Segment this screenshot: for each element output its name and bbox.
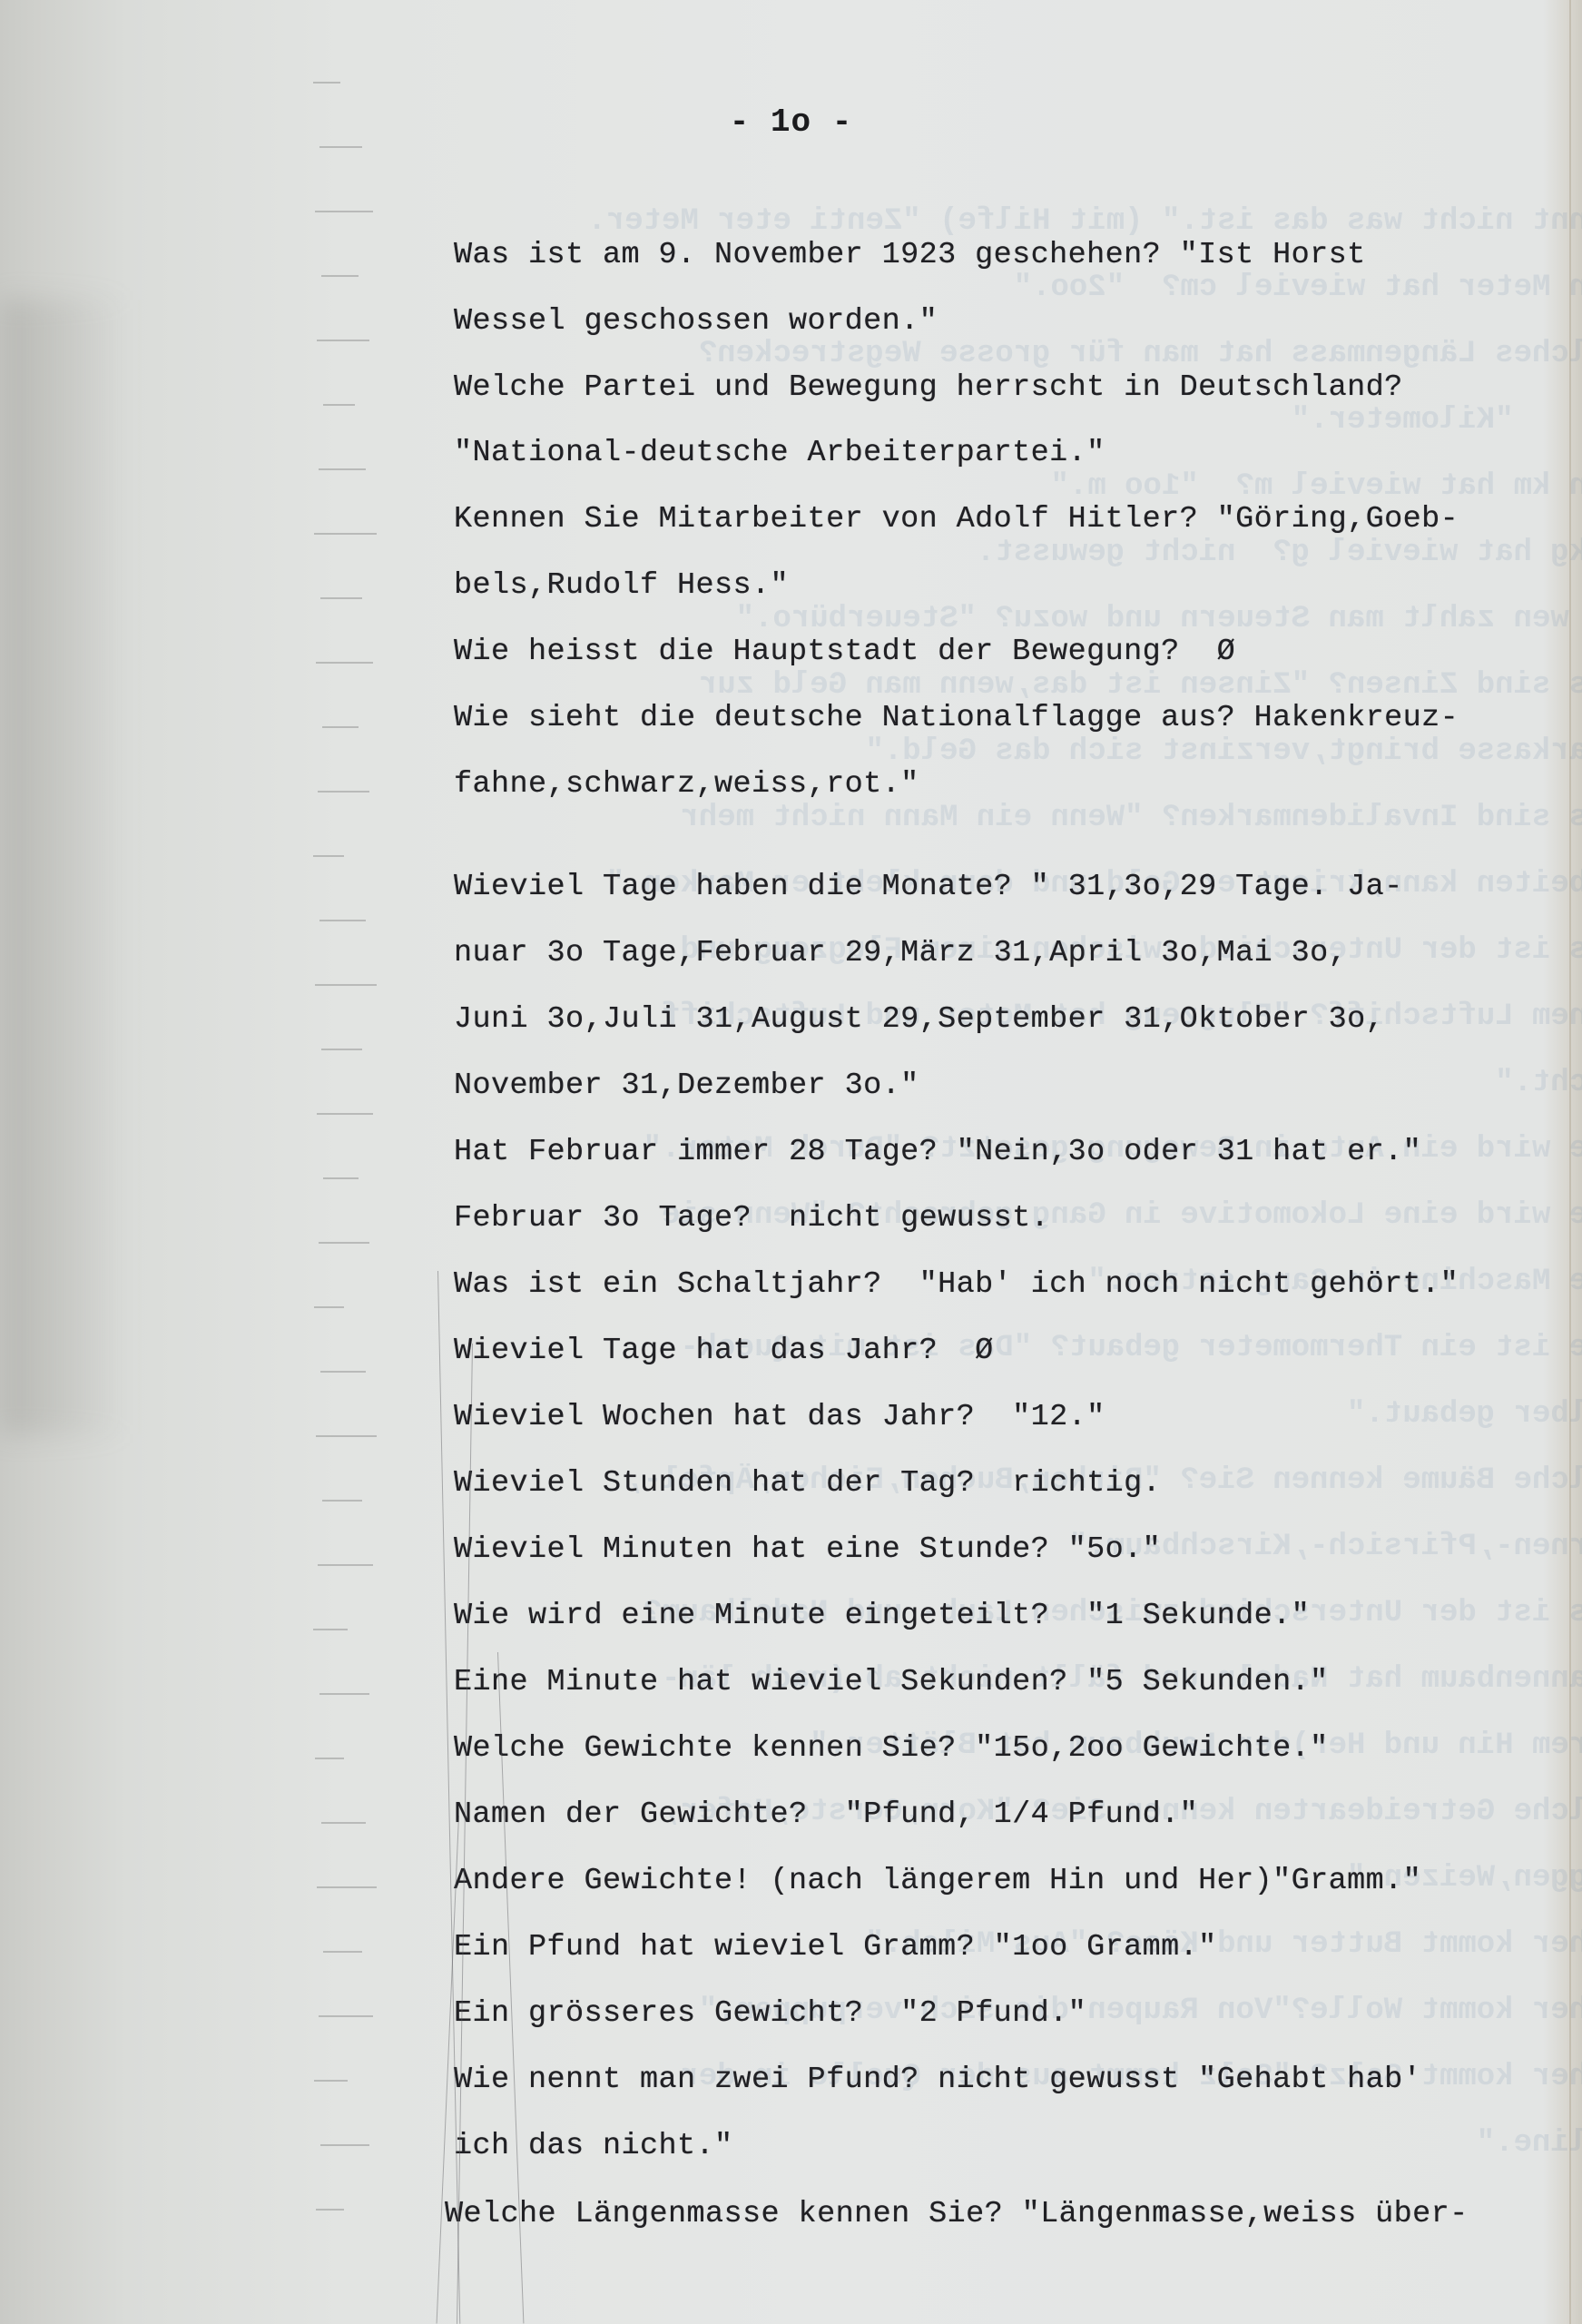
text-line: Kennen Sie Mitarbeiter von Adolf Hitler?… — [454, 502, 1459, 537]
margin-tick — [320, 597, 362, 599]
show-through-line: Was sind Invalidenmarken? "Wenn ein Mann… — [680, 801, 1582, 835]
margin-tick — [320, 2144, 369, 2146]
margin-tick — [316, 1435, 377, 1437]
text-line: Welche Partei und Bewegung herrscht in D… — [454, 370, 1403, 405]
text-line: Wie sieht die deutsche Nationalflagge au… — [454, 701, 1459, 735]
margin-tick — [318, 791, 369, 793]
text-line: nuar 3o Tage,Februar 29,März 31,April 3o… — [454, 936, 1347, 970]
margin-tick — [313, 855, 344, 857]
margin-tick — [317, 1113, 373, 1115]
text-line: Wie nennt man zwei Pfund? nicht gewusst … — [454, 2063, 1421, 2097]
show-through-line: Sparkasse bringt,verzinst sich das Geld.… — [865, 734, 1582, 769]
text-line: November 31,Dezember 3o." — [454, 1068, 919, 1103]
margin-tick — [319, 1242, 369, 1244]
text-line: "National-deutsche Arbeiterpartei." — [454, 436, 1105, 470]
margin-tick — [315, 1758, 344, 1759]
text-line: Wie heisst die Hauptstadt der Bewegung? … — [454, 635, 1235, 669]
text-line: Ein Pfund hat wieviel Gramm? "1oo Gramm.… — [454, 1930, 1217, 1965]
text-line: Andere Gewichte! (nach längerem Hin und … — [454, 1864, 1421, 1898]
text-line: Welche Gewichte kennen Sie? "15o,2oo Gew… — [454, 1731, 1329, 1766]
margin-tick — [321, 1049, 362, 1050]
margin-tick — [314, 2080, 348, 2082]
margin-tick — [315, 984, 377, 986]
text-line: Welche Längenmasse kennen Sie? "Längenma… — [445, 2197, 1469, 2231]
text-line: Eine Minute hat wieviel Sekunden? "5 Sek… — [454, 1665, 1329, 1699]
text-line: Hat Februar immer 28 Tage? "Nein,3o oder… — [454, 1135, 1421, 1169]
show-through-line: silber gebaut." — [1347, 1397, 1582, 1432]
margin-tick — [319, 920, 366, 921]
show-through-line: Saline." — [1477, 2126, 1582, 2161]
margin-tick — [322, 726, 359, 728]
text-line: Wieviel Tage hat das Jahr? Ø — [454, 1334, 994, 1368]
show-through-line: 1 kg hat wieviel g? nicht gewusst. — [977, 536, 1582, 570]
text-line: Wieviel Tage haben die Monate? " 31,3o,2… — [454, 870, 1403, 904]
show-through-line: nicht." — [1495, 1066, 1582, 1100]
show-through-line: Welches Längenmass hat man für grosse We… — [699, 337, 1582, 371]
margin-tick — [321, 275, 359, 277]
text-line: Ein grösseres Gewicht? "2 Pfund." — [454, 1996, 1086, 2031]
margin-tick — [314, 533, 377, 535]
margin-tick — [319, 1693, 369, 1695]
margin-tick — [313, 82, 340, 84]
scanned-page: kennt nicht was das ist." (mit Hilfe) "Z… — [0, 0, 1582, 2324]
margin-tick — [318, 1564, 373, 1566]
text-line: fahne,schwarz,weiss,rot." — [454, 767, 919, 802]
margin-tick — [320, 1371, 366, 1373]
margin-tick — [323, 404, 355, 406]
margin-tick — [319, 146, 362, 148]
margin-tick — [316, 2209, 344, 2211]
text-line: Februar 3o Tage? nicht gewusst. — [454, 1201, 1049, 1236]
margin-tick — [319, 2015, 373, 2017]
page-number: - 1o - — [0, 103, 1582, 141]
show-through-line: Ein km hat wieviel m? "1oo m." — [1050, 469, 1582, 504]
margin-tick — [315, 211, 373, 212]
text-line: ich das nicht." — [454, 2129, 733, 2163]
text-line: Wieviel Minuten hat eine Stunde? "5o." — [454, 1532, 1161, 1567]
margin-tick — [323, 1951, 362, 1953]
text-line: Wieviel Stunden hat der Tag? richtig. — [454, 1466, 1161, 1501]
show-through-line: kennt nicht was das ist." (mit Hilfe) "Z… — [587, 204, 1582, 239]
margin-tick — [314, 1306, 344, 1308]
margin-tick — [322, 1500, 362, 1502]
text-line: Was ist ein Schaltjahr? "Hab' ich noch n… — [454, 1267, 1459, 1302]
text-line: Juni 3o,Juli 31,August 29,September 31,O… — [454, 1002, 1384, 1037]
binding-shadow — [0, 300, 127, 1434]
margin-tick — [316, 662, 373, 664]
margin-tick — [323, 1177, 359, 1179]
margin-tick — [321, 1822, 366, 1824]
show-through-line: Was sind Zinsen? "Zinsen ist das,wenn ma… — [699, 668, 1582, 703]
show-through-line: "Kilometer." — [1292, 403, 1582, 438]
text-line: Was ist am 9. November 1923 geschehen? "… — [454, 238, 1366, 272]
margin-tick — [317, 340, 369, 341]
show-through-line: Ein Meter hat wieviel cm? "2oo." — [1014, 271, 1582, 305]
text-line: Namen der Gewichte? "Pfund, 1/4 Pfund." — [454, 1797, 1198, 1832]
margin-tick — [317, 1886, 377, 1888]
margin-tick — [313, 1629, 348, 1630]
margin-tick — [319, 468, 366, 470]
show-through-line: An wen zahlt man Steuern und wozu? "Steu… — [736, 602, 1582, 636]
text-line: Wessel geschossen worden." — [454, 304, 938, 339]
text-line: bels,Rudolf Hess." — [454, 568, 789, 603]
text-line: Wieviel Wochen hat das Jahr? "12." — [454, 1400, 1105, 1434]
text-line: Wie wird eine Minute eingeteilt? "1 Seku… — [454, 1599, 1310, 1633]
